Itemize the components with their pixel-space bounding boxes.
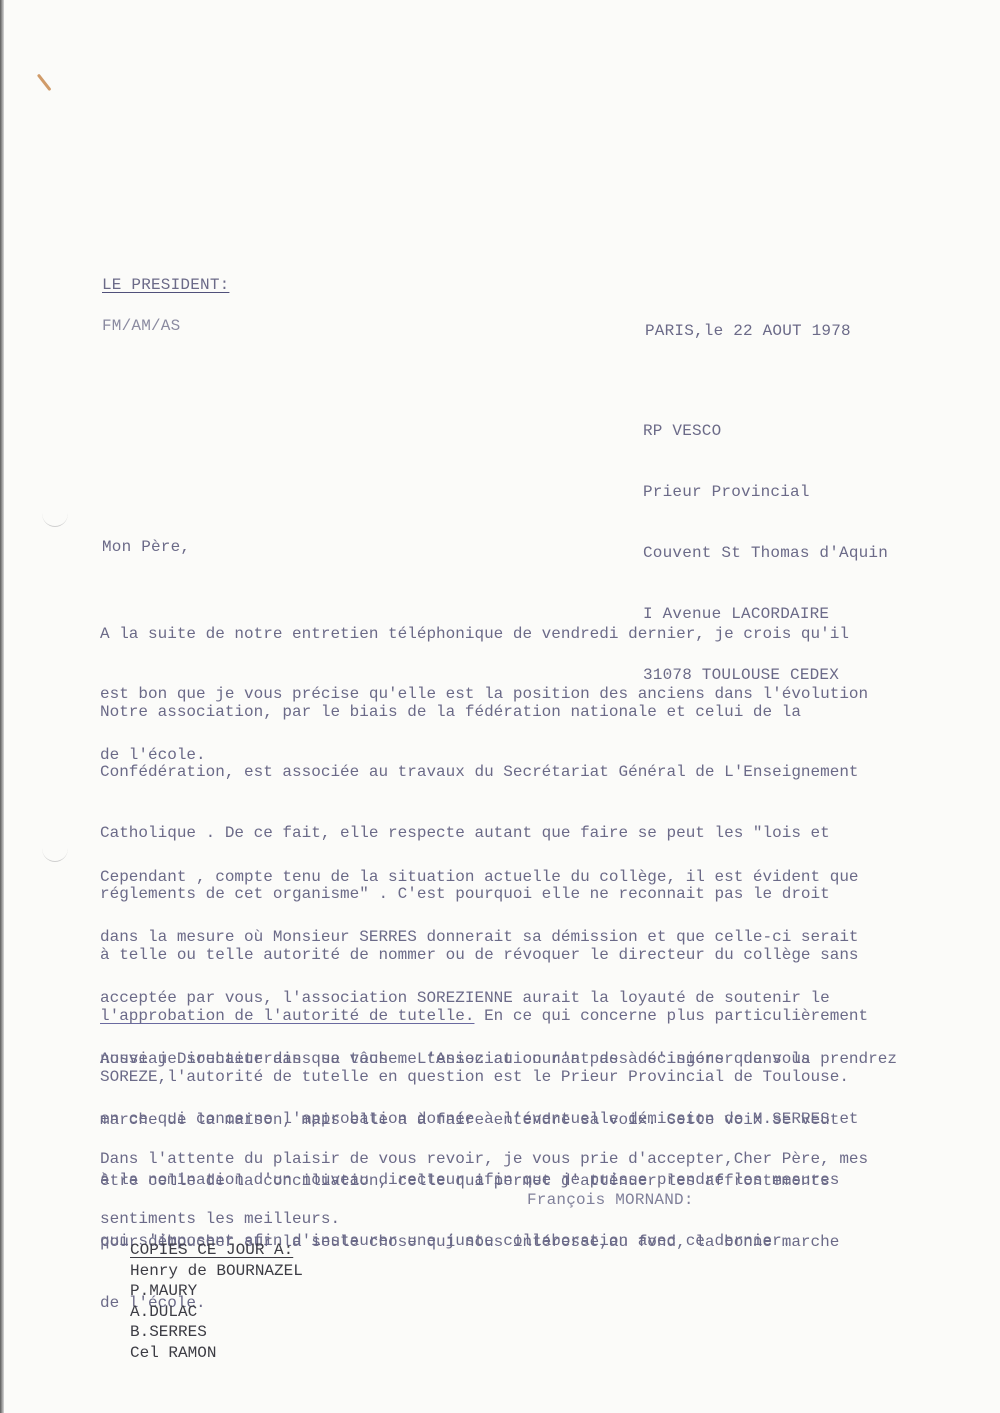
salutation: Mon Père, (102, 537, 190, 557)
place-date: PARIS,le 22 AOUT 1978 (645, 321, 851, 341)
text-line: Dans l'attente du plaisir de vous revoir… (100, 1149, 868, 1169)
copies-list: COPIES CE JOUR A: Henry de BOURNAZEL P.M… (130, 1240, 303, 1363)
recipient-line: RP VESCO (643, 421, 888, 442)
text-line: A la suite de notre entretien téléphoniq… (100, 624, 868, 644)
letterhead-title: LE PRESIDENT: (102, 275, 229, 295)
copy-recipient: B.SERRES (130, 1322, 303, 1343)
page-edge (0, 0, 4, 1413)
punch-hole-mark (42, 835, 68, 862)
punch-hole-mark (42, 500, 68, 527)
text-line: Aussi je souhaiterais que vous me teniez… (100, 1049, 897, 1069)
text-line: Cependant , compte tenu de la situation … (100, 867, 859, 887)
text-line: sentiments les meilleurs. (100, 1209, 868, 1229)
copy-recipient: Cel RAMON (130, 1343, 303, 1364)
text-line: acceptée par vous, l'association SOREZIE… (100, 988, 859, 1008)
copies-title: COPIES CE JOUR A: (130, 1240, 303, 1261)
closing-paragraph: Dans l'attente du plaisir de vous revoir… (100, 1108, 868, 1250)
copy-recipient: P.MAURY (130, 1281, 303, 1302)
signature: François MORNAND: (527, 1190, 694, 1210)
copy-recipient: A.DULAC (130, 1302, 303, 1323)
recipient-line: Couvent St Thomas d'Aquin (643, 543, 888, 564)
pen-mark (37, 74, 52, 92)
reference-code: FM/AM/AS (102, 316, 180, 336)
text-line: Notre association, par le biais de la fé… (100, 702, 868, 722)
recipient-line: Prieur Provincial (643, 482, 888, 503)
text-line: dans la mesure où Monsieur SERRES donner… (100, 927, 859, 947)
copy-recipient: Henry de BOURNAZEL (130, 1261, 303, 1282)
text-line: Confédération, est associée au travaux d… (100, 762, 868, 782)
